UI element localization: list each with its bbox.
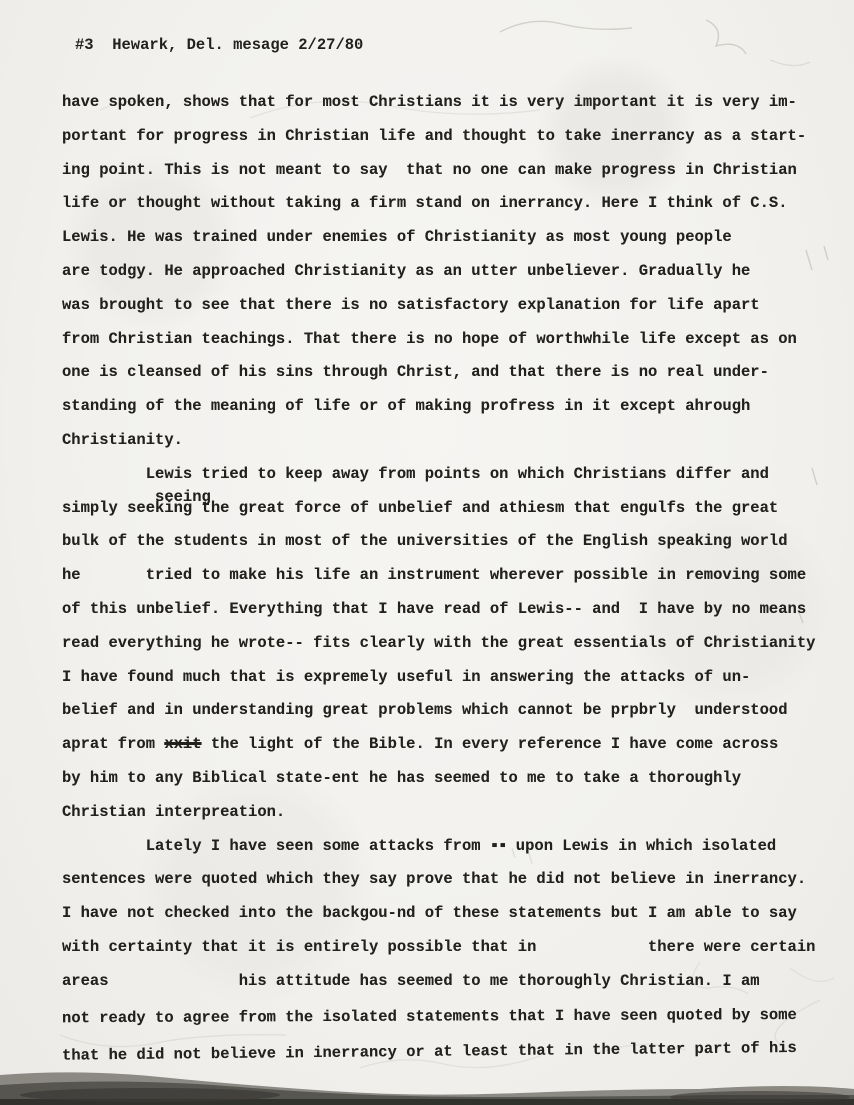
document-line: have spoken, shows that for most Christi… [62,86,832,120]
line-text: areas his attitude has seemed to me thor… [62,972,760,990]
document-line: portant for progress in Christian life a… [62,120,832,154]
document-line: one is cleansed of his sins through Chri… [62,356,832,390]
line-text: I have not checked into the backgou-nd o… [62,904,797,922]
line-text: from Christian teachings. That there is … [62,330,797,348]
document-line: Lewis tried to keep away from points on … [62,458,832,492]
document-line: by him to any Biblical state-ent he has … [62,762,832,796]
line-text: he tried to make his life an instrument … [62,566,806,584]
strike-marks: -- [490,811,507,882]
document-line: with certainty that it is entirely possi… [62,931,832,965]
document-header: #3 Hewark, Del. mesage 2/27/80 [75,36,363,54]
document-line: areas his attitude has seemed to me thor… [62,965,832,999]
line-text: portant for progress in Christian life a… [62,127,806,145]
document-line: I have found much that is expremely usef… [62,661,832,695]
document-line: that he did not believe in inerrancy or … [62,1032,832,1074]
document-line: life or thought without taking a firm st… [62,187,832,221]
line-text: the light of the Bible. In every referen… [202,735,779,753]
line-text: have spoken, shows that for most Christi… [62,93,797,111]
document-line: bulk of the students in most of the univ… [62,525,832,559]
line-text: life or thought without taking a firm st… [62,194,788,212]
document-line: aprat from xxit the light of the Bible. … [62,728,832,762]
document-line: of this unbelief. Everything that I have… [62,593,832,627]
document-line: Lately I have seen some attacks from -- … [62,830,832,864]
document-line: belief and in understanding great proble… [62,694,832,728]
line-text: of this unbelief. Everything that I have… [62,600,806,618]
line-text: that he did not believe in inerrancy or … [62,1039,797,1065]
line-text: bulk of the students in most of the univ… [62,532,788,550]
line-text: I have found much that is expremely usef… [62,668,750,686]
line-text: upon Lewis in which isolated [506,837,776,855]
line-text: Christianity. [62,431,183,449]
line-text: Lewis tried to keep away from points on … [62,465,769,483]
line-text: by him to any Biblical state-ent he has … [62,769,741,787]
line-text: one is cleansed of his sins through Chri… [62,363,769,381]
document-line: are todgy. He approached Christianity as… [62,255,832,289]
document-line: standing of the meaning of life or of ma… [62,390,832,424]
line-text: ing point. This is not meant to say that… [62,161,797,179]
document-line: sentences were quoted which they say pro… [62,863,832,897]
document-line: was brought to see that there is no sati… [62,289,832,323]
document-line: from Christian teachings. That there is … [62,323,832,357]
line-text: not ready to agree from the isolated sta… [62,1006,797,1027]
line-text: Christian interpreation. [62,803,285,821]
line-text: with certainty that it is entirely possi… [62,938,815,956]
line-text: are todgy. He approached Christianity as… [62,262,750,280]
line-text: belief and in understanding great proble… [62,701,788,719]
document-line: Lewis. He was trained under enemies of C… [62,221,832,255]
line-text: read everything he wrote-- fits clearly … [62,634,815,652]
document-line: read everything he wrote-- fits clearly … [62,627,832,661]
line-text: sentences were quoted which they say pro… [62,870,806,888]
line-text: standing of the meaning of life or of ma… [62,397,750,415]
document-line: I have not checked into the backgou-nd o… [62,897,832,931]
line-text: Lately I have seen some attacks from [62,837,490,855]
line-text: aprat from [62,735,164,753]
document-body: have spoken, shows that for most Christi… [62,86,832,1066]
document-line: not ready to agree from the isolated sta… [62,998,832,1035]
line-text: Lewis. He was trained under enemies of C… [62,228,732,246]
line-text: was brought to see that there is no sati… [62,296,760,314]
scanned-typewritten-page: { "colors": { "paper": "#f3f2ef", "ink":… [0,0,854,1105]
document-line: he tried to make his life an instrument … [62,559,832,593]
line-text: seeing [62,488,211,506]
document-line: ing point. This is not meant to say that… [62,154,832,188]
document-line: Christianity. [62,424,832,458]
struck-out-word: xxit [164,735,201,753]
document-line: Christian interpreation. [62,796,832,830]
